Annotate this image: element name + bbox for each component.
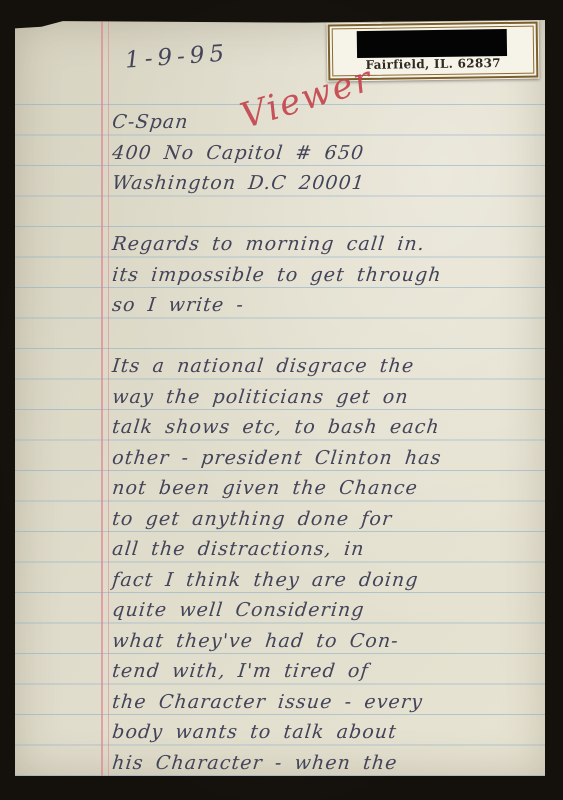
handwritten-line: so I write - xyxy=(111,287,542,318)
address-line: Washington D.C 20001 xyxy=(111,165,542,196)
handwritten-line: his Character - when the xyxy=(111,745,542,776)
handwritten-line: what they've had to Con- xyxy=(111,623,542,654)
scan-background: Fairfield, IL. 62837 1-9-95 Viewer C-Spa… xyxy=(0,0,563,800)
handwritten-line: its impossible to get through xyxy=(111,257,542,288)
handwritten-line: not been given the Chance xyxy=(111,470,542,501)
handwritten-line: quite well Considering xyxy=(111,592,542,623)
handwritten-line: to get anything done for xyxy=(111,501,542,532)
handwritten-line: Regards to morning call in. xyxy=(111,226,542,257)
handwritten-line: fact I think they are doing xyxy=(111,562,542,593)
handwritten-line: all the distractions, in xyxy=(111,531,542,562)
handwritten-line: tend with, I'm tired of xyxy=(111,653,542,684)
address-line: C-Span xyxy=(111,104,542,135)
redaction-box xyxy=(357,29,507,58)
intro-paragraph: Regards to morning call in.its impossibl… xyxy=(111,226,539,318)
handwritten-line: the Character issue - every xyxy=(111,684,542,715)
letter-date: 1-9-95 xyxy=(124,40,230,73)
handwritten-line: body wants to talk about xyxy=(111,714,542,745)
handwritten-line: Its a national disgrace the xyxy=(111,348,542,379)
handwritten-line: other - president Clinton has xyxy=(111,440,542,471)
handwritten-line: way the politicians get on xyxy=(111,379,542,410)
address-line: 400 No Capitol # 650 xyxy=(111,135,542,166)
recipient-address: C-Span400 No Capitol # 650Washington D.C… xyxy=(111,104,539,196)
body-paragraph: Its a national disgrace theway the polit… xyxy=(111,348,539,775)
letter-page: Fairfield, IL. 62837 1-9-95 Viewer C-Spa… xyxy=(15,20,545,776)
handwritten-line: talk shows etc, to bash each xyxy=(111,409,542,440)
margin-line xyxy=(101,20,109,776)
